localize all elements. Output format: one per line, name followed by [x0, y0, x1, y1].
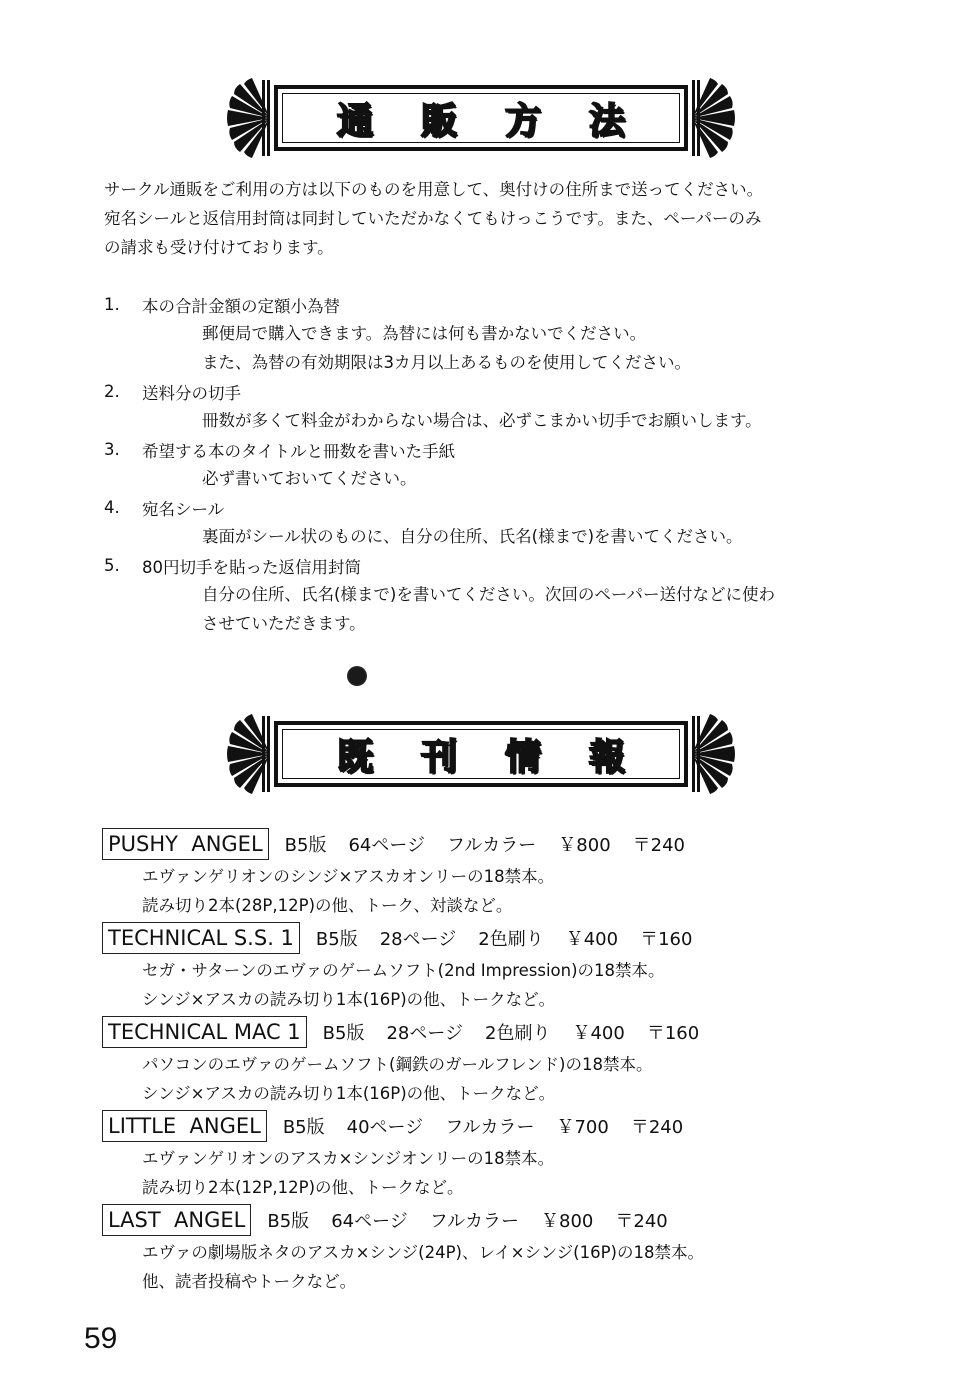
- item-detail: また、為替の有効期限は3カ月以上あるものを使用してください。: [104, 348, 775, 377]
- item-label: 80円切手を貼った返信用封筒: [142, 554, 361, 578]
- book-description: 他、読者投稿やトークなど。: [102, 1267, 721, 1296]
- book-color: フルカラー: [447, 831, 536, 857]
- book-price: ￥800: [541, 1207, 593, 1233]
- book-price: ￥700: [556, 1113, 608, 1139]
- book-color: フルカラー: [430, 1207, 519, 1233]
- item-detail: させていただきます。: [104, 609, 775, 638]
- halftone-dot-icon: [317, 666, 337, 686]
- item-detail: 必ず書いておいてください。: [104, 464, 775, 493]
- book-title: TECHNICAL S.S. 1: [102, 922, 300, 954]
- item-label: 希望する本のタイトルと冊数を書いた手紙: [142, 438, 455, 462]
- list-item: 5.80円切手を貼った返信用封筒 自分の住所、氏名(様まで)を書いてください。次…: [104, 551, 775, 638]
- item-number: 5.: [104, 556, 142, 575]
- halftone-dot-icon: [195, 666, 215, 686]
- book-entry: TECHNICAL MAC 1 B5版 28ページ 2色刷り ￥400 〒160…: [102, 1014, 721, 1108]
- book-format: B5版: [285, 831, 327, 857]
- header-frame: 通販方法: [274, 85, 688, 151]
- halftone-dot-icon: [620, 666, 640, 686]
- fan-ornament-right-icon: [690, 712, 736, 796]
- halftone-dot-icon: [529, 666, 549, 686]
- fan-ornament-right-icon: [690, 76, 736, 160]
- section-title: 既刊情報: [289, 729, 673, 780]
- intro-line: の請求も受け付けております。: [104, 233, 763, 262]
- list-item: 2.送料分の切手 冊数が多くて料金がわからない場合は、必ずこまかい切手でお願いし…: [104, 377, 775, 435]
- book-title: TECHNICAL MAC 1: [102, 1016, 307, 1048]
- book-color: 2色刷り: [485, 1019, 550, 1045]
- halftone-dot-icon: [408, 666, 428, 686]
- halftone-dot-icon: [590, 666, 610, 686]
- halftone-dot-icon: [256, 666, 276, 686]
- halftone-dot-icon: [894, 666, 914, 686]
- item-label: 送料分の切手: [142, 380, 241, 404]
- item-number: 1.: [104, 295, 142, 314]
- book-description: エヴァンゲリオンのシンジ×アスカオンリーの18禁本。: [102, 862, 721, 891]
- halftone-dot-icon: [287, 666, 307, 686]
- section-title: 通販方法: [289, 93, 673, 144]
- list-item: 3.希望する本のタイトルと冊数を書いた手紙 必ず書いておいてください。: [104, 435, 775, 493]
- book-postage: 〒160: [640, 925, 692, 951]
- list-item: 1.本の合計金額の定額小為替 郵便局で購入できます。為替には何も書かないでくださ…: [104, 290, 775, 377]
- book-price: ￥400: [566, 925, 618, 951]
- halftone-dot-icon: [74, 666, 94, 686]
- item-detail: 冊数が多くて料金がわからない場合は、必ずこまかい切手でお願いします。: [104, 406, 775, 435]
- book-description: シンジ×アスカの読み切り1本(16P)の他、トークなど。: [102, 1079, 721, 1108]
- book-description: 読み切り2本(12P,12P)の他、トークなど。: [102, 1173, 721, 1202]
- halftone-dot-icon: [803, 666, 823, 686]
- requirements-list: 1.本の合計金額の定額小為替 郵便局で購入できます。為替には何も書かないでくださ…: [104, 290, 775, 638]
- book-pages: 64ページ: [348, 831, 425, 857]
- book-title: LAST ANGEL: [102, 1204, 251, 1236]
- fan-ornament-left-icon: [226, 76, 272, 160]
- book-description: エヴァンゲリオンのアスカ×シンジオンリーの18禁本。: [102, 1144, 721, 1173]
- book-pages: 28ページ: [380, 925, 457, 951]
- book-pages: 28ページ: [386, 1019, 463, 1045]
- book-format: B5版: [283, 1113, 325, 1139]
- book-description: パソコンのエヴァのゲームソフト(鋼鉄のガールフレンド)の18禁本。: [102, 1050, 721, 1079]
- item-detail: 裏面がシール状のものに、自分の住所、氏名(様まで)を書いてください。: [104, 522, 775, 551]
- fan-ornament-left-icon: [226, 712, 272, 796]
- halftone-dot-icon: [772, 666, 792, 686]
- halftone-dot-icon: [833, 666, 853, 686]
- book-entry: LAST ANGEL B5版 64ページ フルカラー ￥800 〒240 エヴァ…: [102, 1202, 721, 1296]
- book-format: B5版: [267, 1207, 309, 1233]
- book-pages: 64ページ: [331, 1207, 408, 1233]
- book-price: ￥800: [558, 831, 610, 857]
- item-detail: 郵便局で購入できます。為替には何も書かないでください。: [104, 319, 775, 348]
- intro-line: 宛名シールと返信用封筒は同封していただかなくてもけっこうです。また、ペーパーのみ: [104, 204, 763, 233]
- item-number: 3.: [104, 440, 142, 459]
- book-postage: 〒240: [633, 831, 685, 857]
- halftone-dot-icon: [651, 666, 671, 686]
- item-label: 宛名シール: [142, 496, 224, 520]
- halftone-dot-icon: [742, 666, 762, 686]
- halftone-dot-icon: [347, 666, 367, 686]
- item-number: 2.: [104, 382, 142, 401]
- book-format: B5版: [323, 1019, 365, 1045]
- book-entry: LITTLE ANGEL B5版 40ページ フルカラー ￥700 〒240 エ…: [102, 1108, 721, 1202]
- book-title: PUSHY ANGEL: [102, 828, 269, 860]
- halftone-dot-icon: [863, 666, 883, 686]
- halftone-dot-icon: [378, 666, 398, 686]
- section-header-mail-order: 通販方法: [226, 76, 736, 160]
- section-header-back-issues: 既刊情報: [226, 712, 736, 796]
- halftone-dot-icon: [560, 666, 580, 686]
- halftone-dot-icon: [469, 666, 489, 686]
- book-description: 読み切り2本(28P,12P)の他、トーク、対談など。: [102, 891, 721, 920]
- book-description: セガ・サターンのエヴァのゲームソフト(2nd Impression)の18禁本。: [102, 956, 721, 985]
- dot-divider: [74, 666, 914, 686]
- book-color: 2色刷り: [478, 925, 543, 951]
- item-detail: 自分の住所、氏名(様まで)を書いてください。次回のペーパー送付などに使わ: [104, 580, 775, 609]
- book-postage: 〒240: [615, 1207, 667, 1233]
- book-pages: 40ページ: [347, 1113, 424, 1139]
- halftone-dot-icon: [438, 666, 458, 686]
- halftone-dot-icon: [135, 666, 155, 686]
- book-postage: 〒240: [631, 1113, 683, 1139]
- intro-line: サークル通販をご利用の方は以下のものを用意して、奥付けの住所まで送ってください。: [104, 175, 763, 204]
- book-description: シンジ×アスカの読み切り1本(16P)の他、トークなど。: [102, 985, 721, 1014]
- book-title: LITTLE ANGEL: [102, 1110, 267, 1142]
- book-color: フルカラー: [445, 1113, 534, 1139]
- halftone-dot-icon: [712, 666, 732, 686]
- item-label: 本の合計金額の定額小為替: [142, 293, 340, 317]
- halftone-dot-icon: [681, 666, 701, 686]
- halftone-dot-icon: [104, 666, 124, 686]
- book-format: B5版: [316, 925, 358, 951]
- intro-paragraph: サークル通販をご利用の方は以下のものを用意して、奥付けの住所まで送ってください。…: [104, 175, 763, 262]
- book-entry: PUSHY ANGEL B5版 64ページ フルカラー ￥800 〒240 エヴ…: [102, 826, 721, 920]
- back-issues-list: PUSHY ANGEL B5版 64ページ フルカラー ￥800 〒240 エヴ…: [102, 826, 721, 1296]
- book-description: エヴァの劇場版ネタのアスカ×シンジ(24P)、レイ×シンジ(16P)の18禁本。: [102, 1238, 721, 1267]
- halftone-dot-icon: [165, 666, 185, 686]
- item-number: 4.: [104, 498, 142, 517]
- book-entry: TECHNICAL S.S. 1 B5版 28ページ 2色刷り ￥400 〒16…: [102, 920, 721, 1014]
- halftone-dot-icon: [499, 666, 519, 686]
- book-price: ￥400: [572, 1019, 624, 1045]
- list-item: 4.宛名シール 裏面がシール状のものに、自分の住所、氏名(様まで)を書いてくださ…: [104, 493, 775, 551]
- page-number: 59: [84, 1322, 117, 1356]
- header-frame: 既刊情報: [274, 721, 688, 787]
- book-postage: 〒160: [647, 1019, 699, 1045]
- halftone-dot-icon: [226, 666, 246, 686]
